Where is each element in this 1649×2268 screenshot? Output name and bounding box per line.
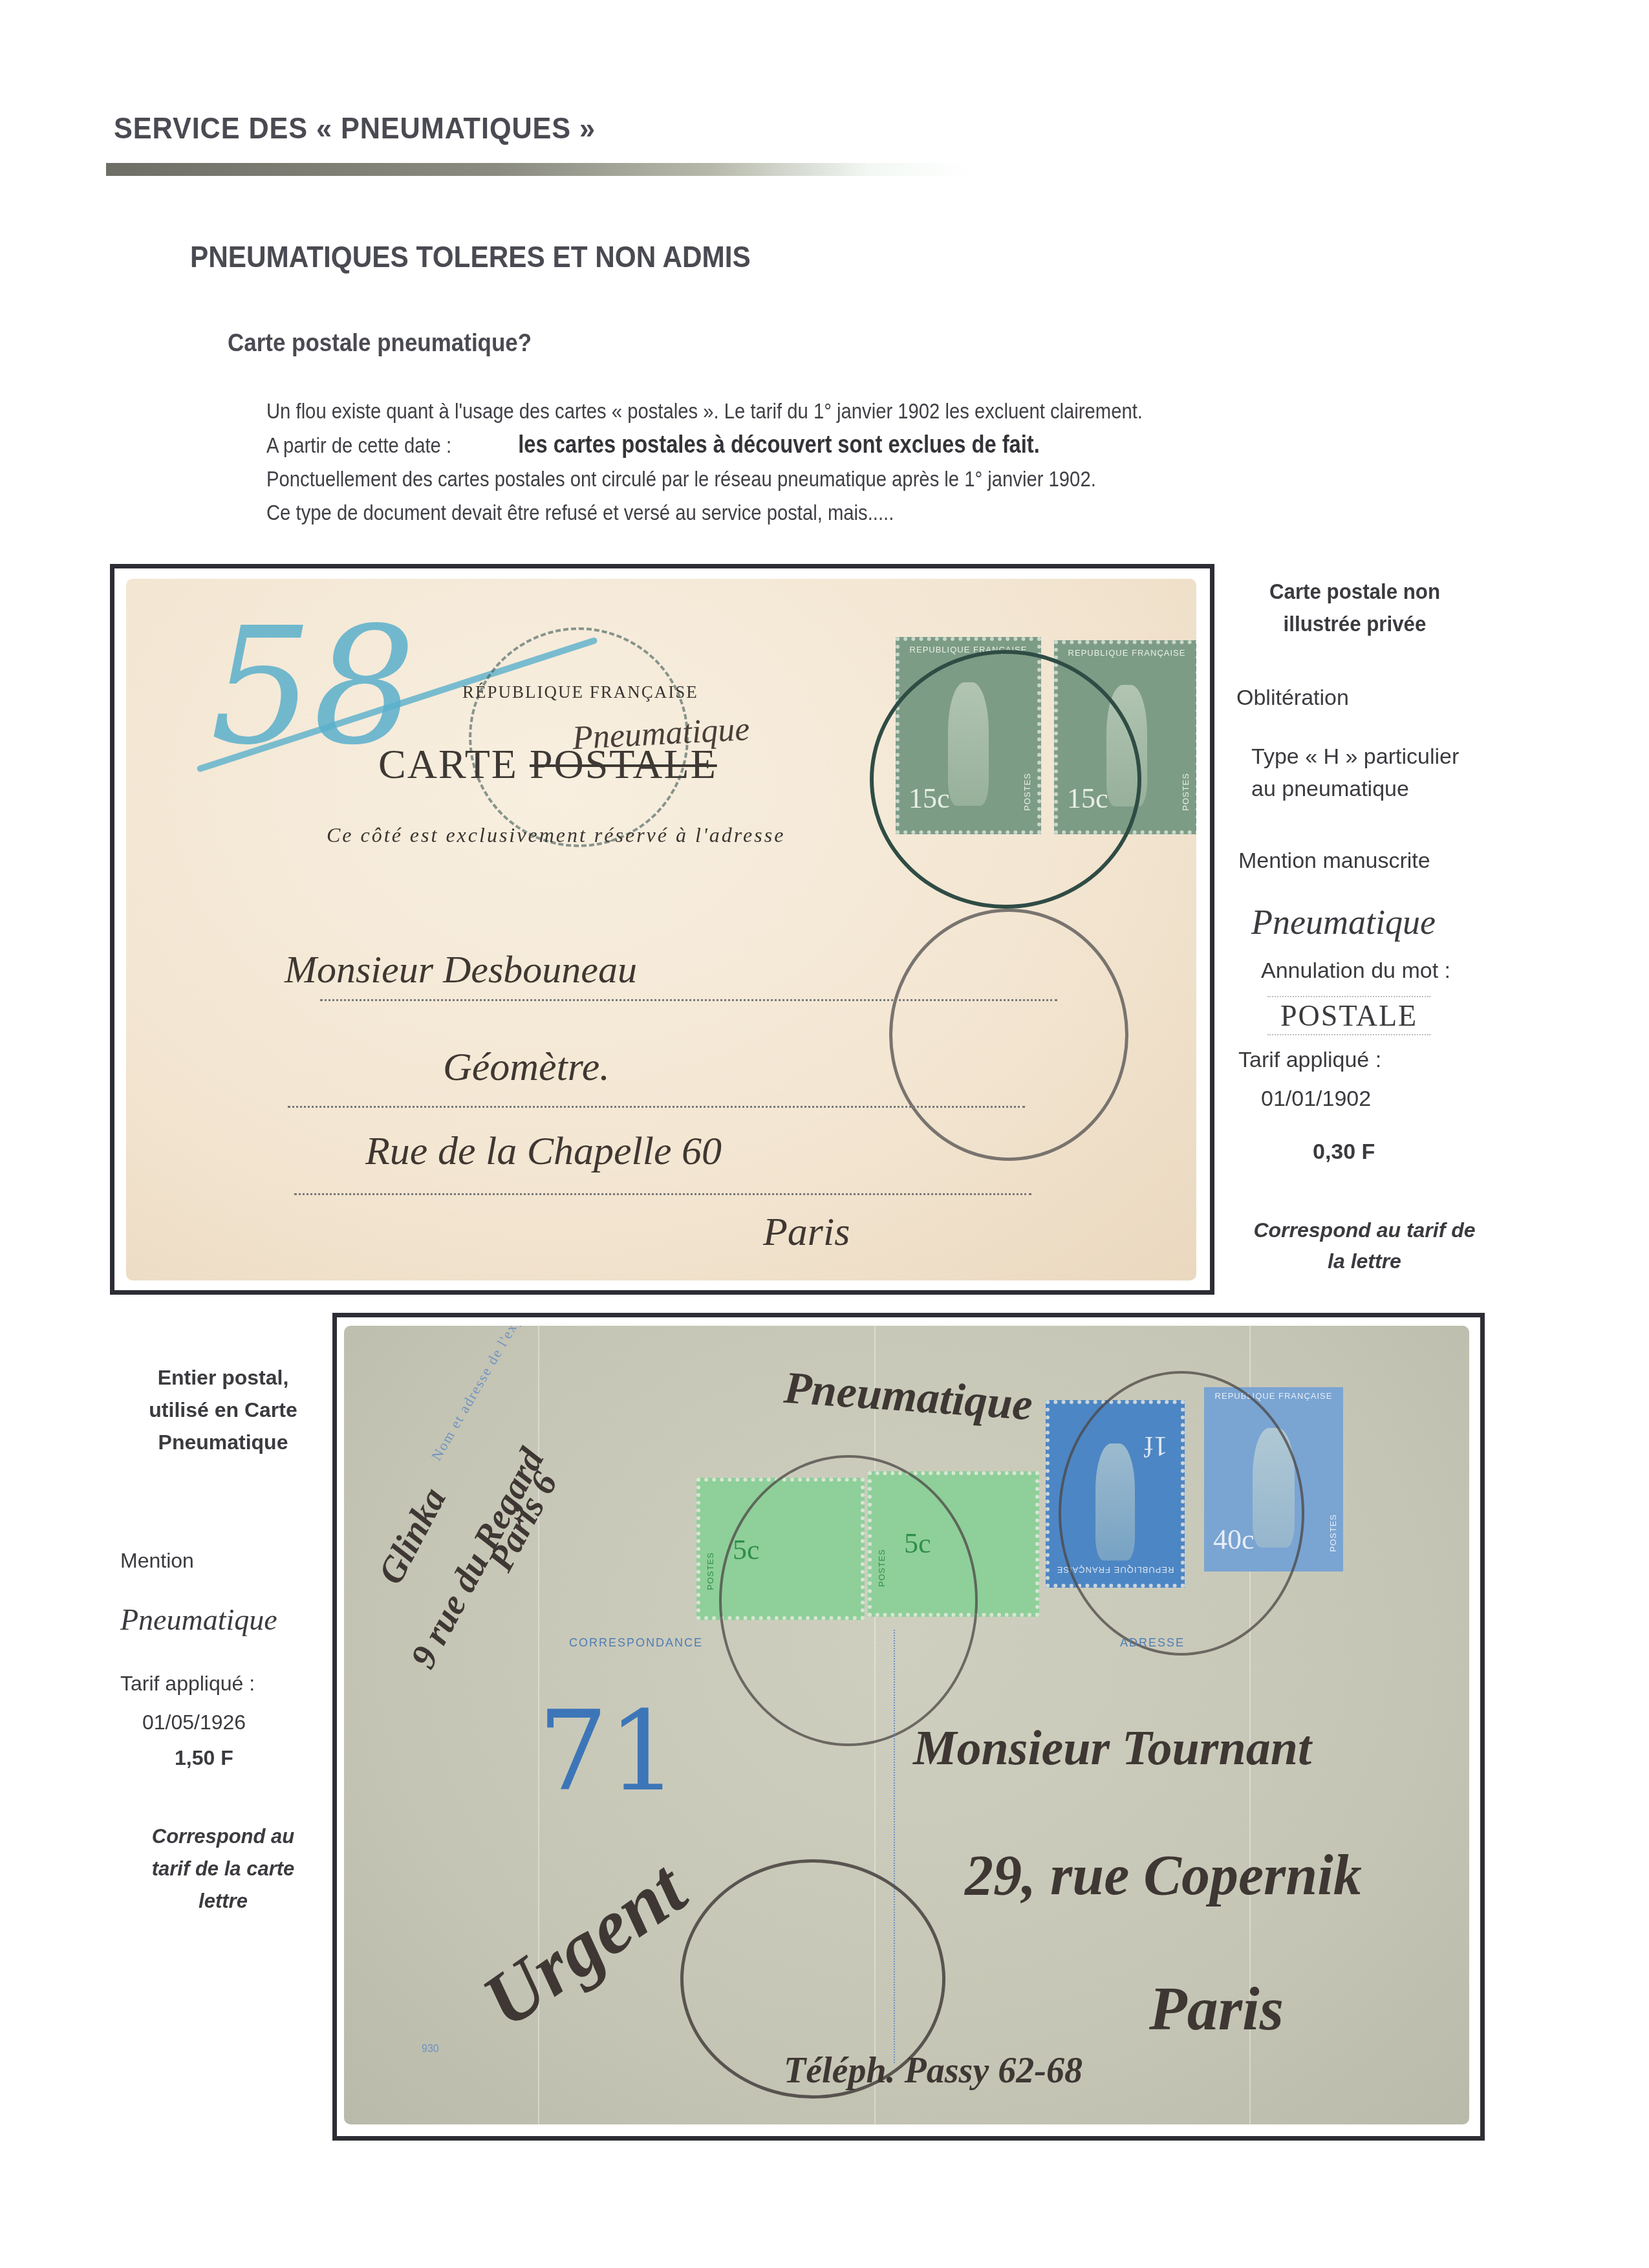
card-title-carte: CARTE xyxy=(378,741,518,787)
cancellation-type-h xyxy=(870,650,1141,909)
intro-line-3: Ponctuellement des cartes postales ont c… xyxy=(266,462,1143,496)
handwritten-sender: Glinka xyxy=(370,1481,455,1591)
address-line: Paris xyxy=(763,1209,850,1255)
cancellation-rue-dupin xyxy=(719,1455,978,1746)
address-line: Monsieur Desbouneau xyxy=(285,947,637,992)
cancellation-arrival xyxy=(889,909,1128,1161)
note-document-type: Entier postal, utilisé en Carte Pneumati… xyxy=(139,1361,307,1458)
note-correspondence: Correspond au tarif de la carte lettre xyxy=(139,1820,307,1917)
intro-paragraph: Un flou existe quant à l'usage des carte… xyxy=(266,394,1143,530)
card-republique: RÉPUBLIQUE FRANÇAISE xyxy=(462,682,698,702)
note-document-type: Carte postale non illustrée privée xyxy=(1239,576,1471,640)
intro-line-2-emphasis: les cartes postales à découvert sont exc… xyxy=(518,431,1039,459)
note-obliteration-detail: Type « H » particulier au pneumatique xyxy=(1251,740,1465,805)
note-tarif-label: Tarif appliqué : xyxy=(1238,1048,1381,1073)
card-reserve-line: Ce côté est exclusivement réservé à l'ad… xyxy=(327,823,785,847)
address-line: Monsieur Tournant xyxy=(913,1720,1311,1777)
item2-postal-stationery: Nom et adresse de l'expéditeur Glinka 9 … xyxy=(344,1326,1469,2124)
note-mention-label: Mention manuscrite xyxy=(1238,848,1430,874)
intro-line-2: A partir de cette date :les cartes posta… xyxy=(266,428,1143,462)
handwritten-urgent: Urgent xyxy=(467,1844,702,2046)
printed-number: 930 xyxy=(422,2044,439,2055)
header-rule xyxy=(106,163,973,176)
note-annulation-value: POSTALE xyxy=(1267,996,1430,1035)
printed-adresse: ADRESSE xyxy=(1120,1636,1185,1650)
handwritten-pneumatique: Pneumatique xyxy=(782,1363,1035,1432)
blue-crayon-number: 71 xyxy=(538,1688,678,1816)
printed-sender-label: Nom et adresse de l'expéditeur xyxy=(428,1326,550,1463)
subsection-title: Carte postale pneumatique? xyxy=(228,330,532,358)
note-mention-value: Pneumatique xyxy=(1251,902,1436,942)
handwritten-telephone: Téléph. Passy 62-68 xyxy=(784,2050,1083,2091)
note-correspondence: Correspond au tarif de la lettre xyxy=(1248,1215,1481,1277)
section-title: PNEUMATIQUES TOLERES ET NON ADMIS xyxy=(190,239,751,274)
printed-correspondance: CORRESPONDANCE xyxy=(569,1636,703,1650)
cancellation-rue-dupin xyxy=(1059,1371,1304,1656)
item1-postcard: 58 RÉPUBLIQUE FRANÇAISE CARTE POSTALE Pn… xyxy=(126,579,1196,1280)
note-tarif-price: 1,50 F xyxy=(175,1746,233,1770)
note-tarif-label: Tarif appliqué : xyxy=(120,1672,255,1696)
note-tarif-price: 0,30 F xyxy=(1313,1139,1375,1165)
address-line: Rue de la Chapelle 60 xyxy=(365,1129,722,1174)
address-rule xyxy=(320,999,1057,1001)
address-line: 29, rue Copernik xyxy=(965,1843,1362,1908)
intro-line-2-prefix: A partir de cette date : xyxy=(266,433,451,458)
address-line: Paris xyxy=(1149,1972,1284,2044)
intro-line-1: Un flou existe quant à l'usage des carte… xyxy=(266,394,1143,428)
page-header: SERVICE DES « PNEUMATIQUES » xyxy=(114,110,596,146)
note-annulation-label: Annulation du mot : xyxy=(1261,958,1450,984)
note-tarif-date: 01/01/1902 xyxy=(1261,1086,1371,1112)
note-tarif-date: 01/05/1926 xyxy=(142,1711,246,1734)
note-mention-value: Pneumatique xyxy=(120,1603,277,1637)
address-line: Géomètre. xyxy=(443,1044,610,1090)
address-rule xyxy=(294,1193,1031,1195)
note-obliteration-label: Oblitération xyxy=(1236,686,1349,711)
address-rule xyxy=(288,1106,1025,1108)
intro-line-4: Ce type de document devait être refusé e… xyxy=(266,496,1143,530)
note-mention-label: Mention xyxy=(120,1549,194,1573)
